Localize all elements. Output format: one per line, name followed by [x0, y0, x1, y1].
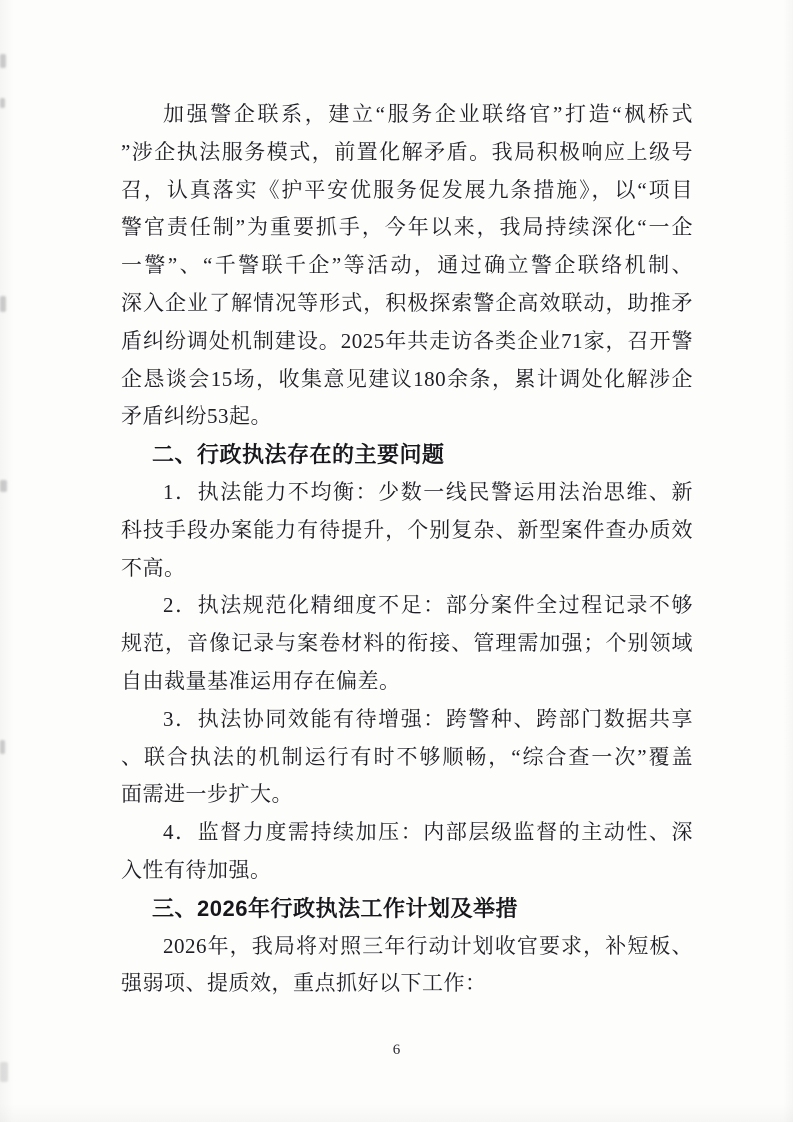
intro-paragraph-line: 召，认真落实《护平安优服务促发展九条措施》，以“项目 [121, 172, 693, 210]
page-number: 6 [0, 1040, 793, 1060]
intro-paragraph-line: 矛盾纠纷53起。 [121, 398, 693, 436]
problem-item-2-line: 2．执法规范化精细度不足：部分案件全过程记录不够 [121, 587, 693, 625]
scanned-document-page: 加强警企联系，建立“服务企业联络官”打造“枫桥式 ”涉企执法服务模式，前置化解矛… [0, 0, 793, 1122]
problem-item-1-line: 1．执法能力不均衡：少数一线民警运用法治思维、新 [121, 474, 693, 512]
problem-item-4-line: 入性有待加强。 [121, 852, 693, 890]
intro-paragraph-line: 加强警企联系，建立“服务企业联络官”打造“枫桥式 [121, 96, 693, 134]
problem-item-2-line: 规范，音像记录与案卷材料的衔接、管理需加强；个别领域 [121, 625, 693, 663]
section-3-heading: 三、2026年行政执法工作计划及举措 [121, 890, 693, 928]
scan-artifact [0, 480, 7, 492]
problem-item-3-line: 3．执法协同效能有待增强：跨警种、跨部门数据共享 [121, 701, 693, 739]
scan-artifact [0, 98, 5, 108]
scan-artifact [0, 296, 6, 312]
problem-item-3-line: 、联合执法的机制运行有时不够顺畅，“综合查一次”覆盖 [121, 739, 693, 777]
intro-paragraph-line: 一警”、“千警联千企”等活动，通过确立警企联络机制、 [121, 247, 693, 285]
problem-item-3-line: 面需进一步扩大。 [121, 776, 693, 814]
scan-artifact [0, 740, 5, 754]
intro-paragraph-line: ”涉企执法服务模式，前置化解矛盾。我局积极响应上级号 [121, 134, 693, 172]
intro-paragraph-line: 企恳谈会15场，收集意见建议180余条，累计调处化解涉企 [121, 361, 693, 399]
problem-item-1-line: 不高。 [121, 550, 693, 588]
scan-artifact [0, 1062, 8, 1082]
scan-artifact [0, 54, 6, 68]
problem-item-2-line: 自由裁量基准运用存在偏差。 [121, 663, 693, 701]
plan-paragraph-line: 2026年，我局将对照三年行动计划收官要求，补短板、 [121, 928, 693, 966]
problem-item-1-line: 科技手段办案能力有待提升，个别复杂、新型案件查办质效 [121, 512, 693, 550]
intro-paragraph-line: 盾纠纷调处机制建设。2025年共走访各类企业71家，召开警 [121, 323, 693, 361]
text-column: 加强警企联系，建立“服务企业联络官”打造“枫桥式 ”涉企执法服务模式，前置化解矛… [121, 96, 693, 1003]
section-2-heading: 二、行政执法存在的主要问题 [121, 436, 693, 474]
problem-item-4-line: 4．监督力度需持续加压：内部层级监督的主动性、深 [121, 814, 693, 852]
intro-paragraph-line: 深入企业了解情况等形式，积极探索警企高效联动，助推矛 [121, 285, 693, 323]
plan-paragraph-line: 强弱项、提质效，重点抓好以下工作： [121, 965, 693, 1003]
intro-paragraph-line: 警官责任制”为重要抓手，今年以来，我局持续深化“一企 [121, 209, 693, 247]
